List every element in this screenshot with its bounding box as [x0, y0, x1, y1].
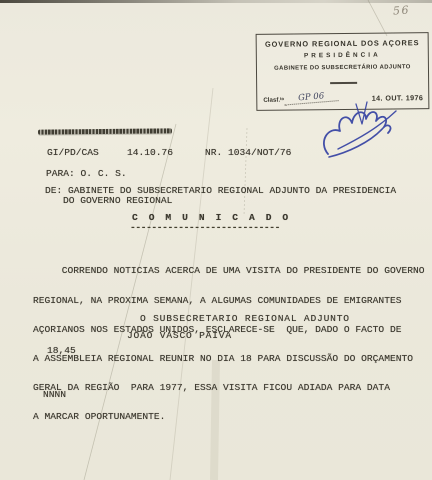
body-line: A ASSEMBLEIA REGIONAL REUNIR NO DIA 18 P… — [33, 354, 425, 364]
body-paragraph: CORRENDO NOTICIAS ACERCA DE UMA VISITA D… — [33, 247, 425, 441]
stamp-presidency-line: PRESIDÊNCIA — [257, 51, 428, 60]
stamp-class-value-handwritten: GP 06 — [284, 91, 339, 105]
body-line: GERAL DA REGIÃO PARA 1977, ESSA VISITA F… — [33, 383, 425, 393]
document-number: NR. 1034/NOT/76 — [205, 148, 291, 158]
body-line: REGIONAL, NA PROXIMA SEMANA, A ALGUMAS C… — [33, 296, 425, 306]
recipient-line: PARA: O. C. S. — [46, 169, 127, 179]
time-note: 18,45 — [47, 346, 76, 356]
office-stamp: GOVERNO REGIONAL DOS AÇORES PRESIDÊNCIA … — [256, 32, 430, 111]
body-line: A MARCAR OPORTUNAMENTE. — [33, 412, 425, 422]
stamp-org-line: GOVERNO REGIONAL DOS AÇORES — [257, 38, 428, 49]
document-date: 14.10.76 — [127, 148, 173, 158]
scan-edge-artifact — [0, 0, 432, 3]
stamp-office-line: GABINETE DO SUBSECRETÁRIO ADJUNTO — [257, 64, 428, 72]
reference-code: GI/PD/CAS — [47, 148, 99, 158]
stamp-class-label: Clasf.ᵗᵒ — [263, 97, 284, 104]
signature-loops-stroke — [324, 112, 391, 154]
body-line: CORRENDO NOTICIAS ACERCA DE UMA VISITA D… — [33, 266, 425, 276]
typed-divider — [38, 128, 172, 134]
stamp-divider-rule — [330, 82, 357, 84]
handwritten-page-number: 56 — [393, 3, 411, 17]
signoff-name: JOÃO VASCO PAIVA — [127, 331, 232, 341]
stamp-class-row: Clasf.ᵗᵒ GP 06 14. OUT. 1976 — [263, 90, 423, 104]
signature-tail-stroke — [329, 127, 384, 157]
stamp-date: 14. OUT. 1976 — [372, 93, 424, 103]
signature-flourish-stroke — [338, 111, 396, 149]
scanned-document-page: 56 GOVERNO REGIONAL DOS AÇORES PRESIDÊNC… — [0, 0, 432, 480]
telex-end-mark: NNNN — [43, 390, 66, 400]
sender-line-2: DO GOVERNO REGIONAL — [63, 196, 172, 206]
signoff-role: O SUBSECRETARIO REGIONAL ADJUNTO — [140, 314, 350, 324]
title-underline: ---------------------------- — [130, 223, 280, 233]
